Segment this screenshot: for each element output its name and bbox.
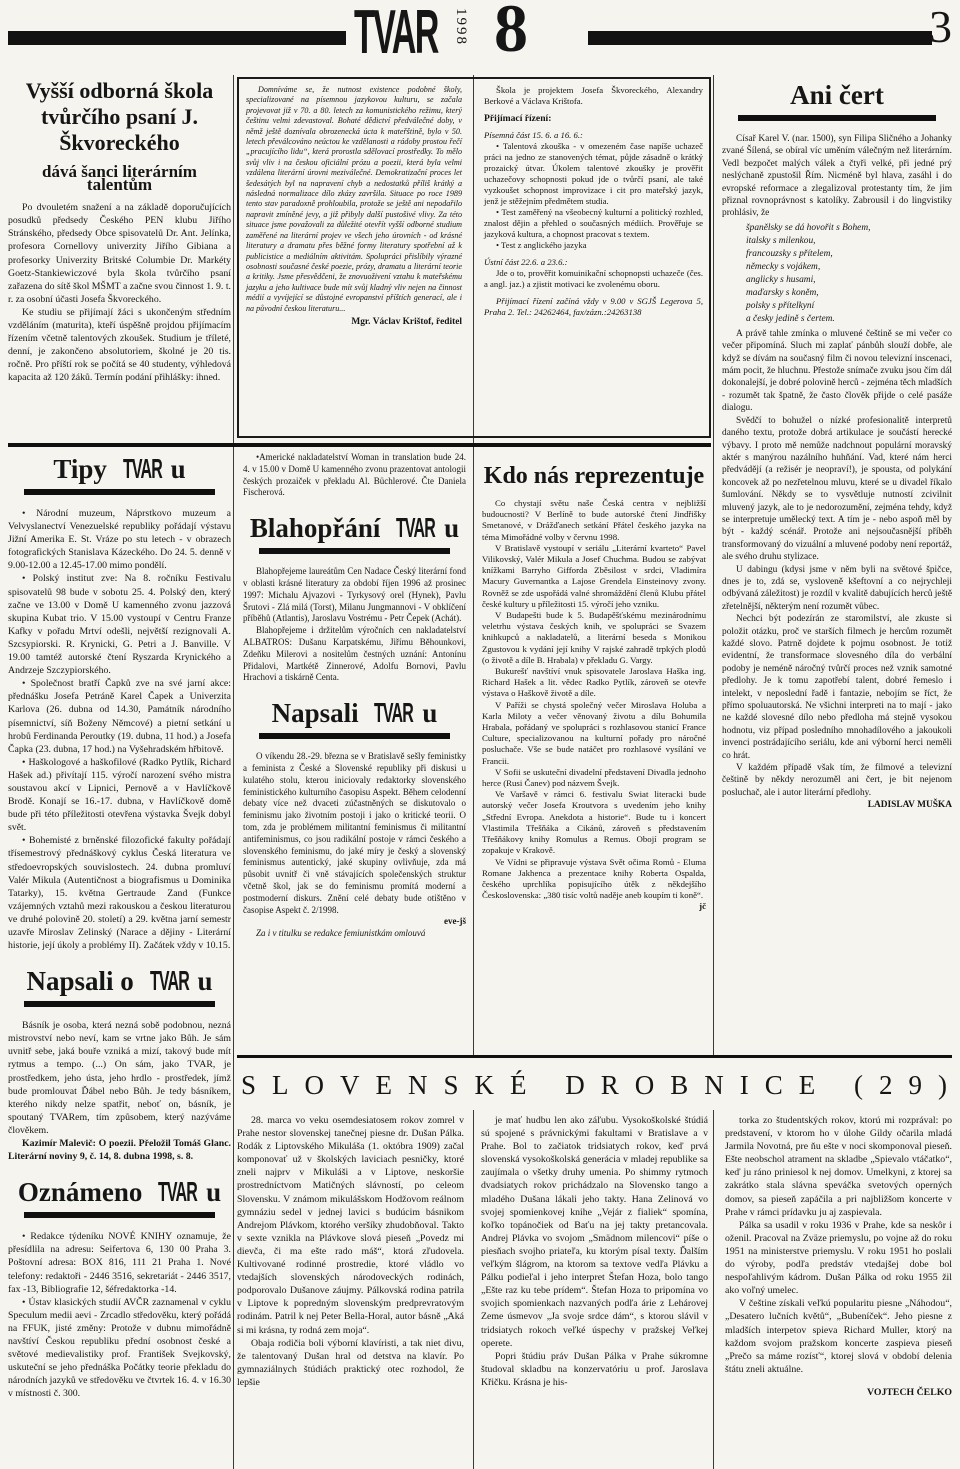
ani-cert-paragraph: Nechci být podezírán ze staromilství, al… [722,613,952,762]
tipy-heading-prefix: Tipy [53,454,113,484]
oznameno-heading-prefix: Oznámeno [18,1177,149,1207]
column-2-lower: •Americké nakladatelství Woman in transl… [243,452,466,940]
page-number: 3 [929,4,952,50]
blahoprani-heading-rule [259,548,451,554]
drobnice-paragraph: Popri štúdiu práv Dušan Pálka v Prahe sú… [481,1350,708,1389]
kdo-paragraph: V Bratislavě vystoupí v seriálu „Literár… [482,543,706,610]
napsali-o-tvaru-heading: Napsali o TVARu [8,966,231,996]
magazine-page-scan: { "header": { "logo": "TVAR", "year": "1… [0,0,960,1469]
blahoprani-paragraph: Blahopřejeme laureátům Cen Nadace Český … [243,566,466,625]
ani-cert-paragraph: Svědčí to bohužel o nízké profesionalitě… [722,415,952,564]
admission-bullet: • Test z anglického jazyka [484,240,703,251]
tvar-logo: TVAR [150,966,189,996]
header-bar-right [588,31,932,45]
tvar-logo: TVAR [374,698,413,728]
header-bar-left [8,31,346,45]
kdo-paragraph: V Budapešti bude k 5. Budapěšťskému mezi… [482,610,706,666]
oznameno-heading-suffix: u [206,1177,221,1207]
drobnice-column-a: 28. marca vo veku osemdesiatosem rokov z… [237,1114,464,1399]
masthead-year: 1998 [452,8,469,46]
ani-cert-author: LADISLAV MUŠKA [722,799,952,811]
school-article-paragraph: Po dvouletém snažení a na základě doporu… [8,201,231,306]
slovenske-drobnice-headline: SLOVENSKÉ DROBNICE (29) [241,1070,953,1101]
tipy-item: • Národní muzeum, Náprstkovo muzeum a Ve… [8,507,231,572]
napsali-o-heading-prefix: Napsali o [26,966,140,996]
drobnice-author: VOJTECH ČELKO [725,1386,952,1399]
tvar-logo: TVAR [396,513,435,543]
masthead-logo: TVAR [354,2,438,64]
tvar-logo: TVAR [158,1177,197,1207]
column-divider-3-top [713,75,714,1056]
verse-line: italsky s milenkou, [746,235,952,248]
director-statement: Domníváme se, že nutnost existence podob… [246,85,462,314]
ani-cert-paragraph: V každém případě však tím, že filmové a … [722,762,952,799]
kdo-paragraph: V Paříži se chystá společný večer Mirosl… [482,700,706,767]
verse-line: polsky s přítelkyní [746,300,952,313]
ani-cert-heading-rule [738,115,936,121]
tipy-heading: Tipy TVARu [8,454,231,484]
drobnice-column-b: je mať hudbu len ako záľubu. Vysokoškols… [481,1114,708,1399]
napsali-body: O víkendu 28.-29. března se v Bratislavě… [243,751,466,916]
kdo-paragraph: V Sofii se uskuteční divadelní představe… [482,767,706,789]
kdo-paragraph: Co chystají světu naše Česká centra v ne… [482,498,706,543]
kdo-paragraph: Bukurešť navštíví vnuk spisovatele Jaros… [482,666,706,700]
drobnice-paragraph: Obaja rodičia boli výborní klavíristi, a… [237,1337,464,1389]
ani-cert-paragraph: Císař Karel V. (nar. 1500), syn Filipa S… [722,133,952,220]
kdo-paragraph: Ve Varšavě v rámci 6. festivalu Swiat li… [482,789,706,856]
admission-contact: Přijímací řízení začíná vždy v 9.00 v SG… [484,296,703,318]
ani-cert-paragraph: U dabingu (kdysi jsme v něm byli na svět… [722,564,952,614]
verse-line: a česky jedině s čertem. [746,313,952,326]
admission-heading: Přijímací řízení: [484,113,703,124]
napsali-heading-prefix: Napsali [272,698,366,728]
tipy-item: • Společnost bratří Čapků zve na své jar… [8,677,231,756]
drobnice-paragraph: torka zo študentských rokov, ktorú mi ro… [725,1114,952,1219]
ani-cert-paragraph: A právě tahle zmínka o mluvené češtině s… [722,328,952,415]
school-article-subtitle: dává šanci literárním talentům [8,165,231,191]
napsali-heading-rule [259,733,451,739]
drobnice-paragraph: 28. marca vo veku osemdesiatosem rokov z… [237,1114,464,1337]
kdo-paragraph: Ve Vídni se připravuje výstava Svět očim… [482,857,706,902]
oral-part-text: Jde o to, prověřit komuinikační schopnop… [484,268,703,290]
editorial-apology: Za i v titulku se redakce femiunistkám o… [243,928,466,940]
bottom-section-rule [237,1055,952,1058]
napsali-heading-suffix: u [422,698,437,728]
oznameno-heading-rule [24,1212,216,1218]
slovenske-drobnice-section: SLOVENSKÉ DROBNICE (29) 28. marca vo vek… [237,1064,953,1399]
napsali-o-heading-suffix: u [198,966,213,996]
section-separator-rule [8,443,711,447]
napsali-o-attribution: Kazimír Malevič: O poezii. Přeložil Tomá… [8,1137,231,1163]
drobnice-paragraph: V češtine získali veľkú popularitu piesn… [725,1297,952,1376]
tipy-item: • Haškologové a haškofilové (Radko Pytlí… [8,756,231,835]
drobnice-column-c: torka zo študentských rokov, ktorú mi ro… [725,1114,952,1399]
column-3-lower: Kdo nás reprezentuje Co chystají světu n… [482,452,706,913]
verse-line: francouzsky s přítelem, [746,248,952,261]
tvar-logo: TVAR [123,454,162,484]
issue-number: 8 [494,0,528,62]
school-box-left-text: Domníváme se, že nutnost existence podob… [246,85,462,327]
napsali-signature: eve-jš [243,916,466,928]
column-divider-1 [233,75,234,1469]
tipy-heading-suffix: u [171,454,186,484]
oznameno-item: • Redakce týdeníku NOVÉ KNIHY oznamuje, … [8,1230,231,1295]
school-project-intro: Škola je projektem Josefa Škvoreckého, A… [484,85,703,107]
napsali-o-body: Básník je osoba, která nezná sobě podobn… [8,1019,231,1137]
tipy-item: • Polský institut zve: Na 8. ročníku Fes… [8,572,231,677]
slovenske-drobnice-columns: 28. marca vo veku osemdesiatosem rokov z… [237,1114,953,1399]
drobnice-paragraph: je mať hudbu len ako záľubu. Vysokoškols… [481,1114,708,1350]
blahoprani-heading-suffix: u [444,513,459,543]
blahoprani-heading-prefix: Blahopřání [250,513,387,543]
tipy-item: • Bohemisté z brněnské filozofické fakul… [8,834,231,952]
blahoprani-heading: Blahopřání TVARu [243,513,466,543]
verse-line: anglicky s husami, [746,274,952,287]
tipy-heading-rule [24,489,216,495]
ani-cert-article: Ani čert Císař Karel V. (nar. 1500), syn… [722,80,952,812]
kdo-signature: jč [482,901,706,912]
school-article-paragraph: Ke studiu se přijímají žáci s ukončeným … [8,306,231,385]
verse-line: německy s vojákem, [746,261,952,274]
ani-cert-title: Ani čert [722,80,952,110]
admission-bullet: • Talentová zkouška - v omezeném čase na… [484,141,703,207]
kdo-nas-reprezentuje-heading: Kdo nás reprezentuje [482,462,706,490]
verse-line: maďarsky s koněm, [746,287,952,300]
school-article-title: Vyšší odborná škola tvůrčího psaní J. Šk… [8,78,231,156]
oznameno-item: • Ústav klasických studií AVČR zaznamena… [8,1296,231,1401]
blahoprani-paragraph: Blahopřejeme i držitelům výročních cen n… [243,625,466,684]
oznameno-heading: Oznámeno TVARu [8,1177,231,1207]
drobnice-paragraph: Pálka sa usadil v roku 1936 v Prahe, kde… [725,1219,952,1298]
oral-part-label: Ústní část 22.6. a 23.6.: [484,257,703,268]
napsali-tvaru-heading: Napsali TVARu [243,698,466,728]
language-verse: španělsky se dá hovořit s Bohem, italsky… [746,222,952,326]
school-box-right-text: Škola je projektem Josefa Škvoreckého, A… [484,85,703,318]
written-part-label: Písemná část 15. 6. a 16. 6.: [484,130,703,141]
admission-bullet: • Test zaměřený na všeobecný kulturní a … [484,207,703,240]
napsali-o-heading-rule [24,1001,216,1007]
woman-in-translation-note: •Americké nakladatelství Woman in transl… [243,452,466,499]
school-article: Vyšší odborná škola tvůrčího psaní J. Šk… [8,78,231,385]
column-1-lower: Tipy TVARu • Národní muzeum, Náprstkovo … [8,452,231,1400]
director-signature: Mgr. Václav Krištof, ředitel [246,317,462,327]
verse-line: španělsky se dá hovořit s Bohem, [746,222,952,235]
